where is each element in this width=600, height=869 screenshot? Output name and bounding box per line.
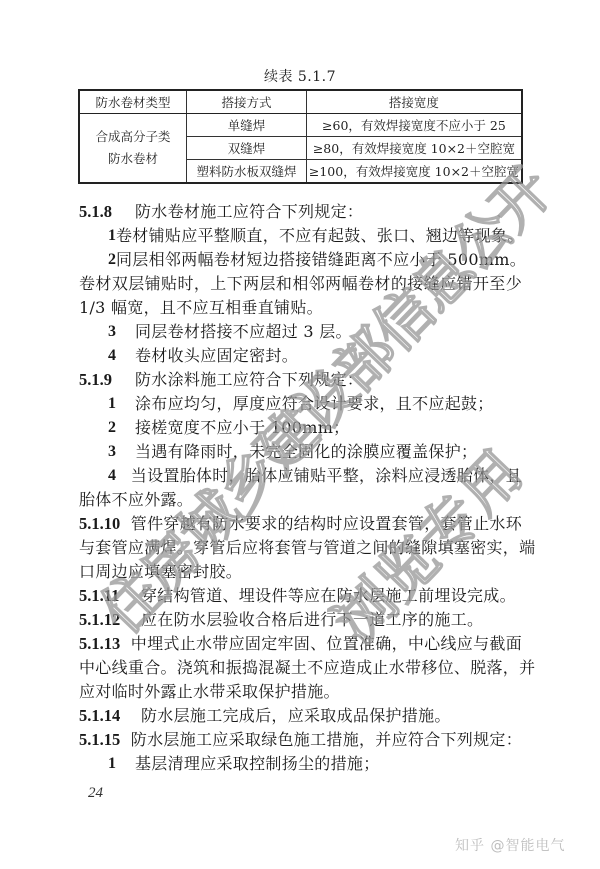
cell-width: ≥100，有效焊接宽度 10×2＋空腔宽 bbox=[306, 160, 522, 184]
line-text: 卷材收头应固定密封。 bbox=[135, 344, 298, 368]
document-page: 续表 5.1.7 防水卷材类型 搭接方式 搭接宽度 合成高分子类 防水卷材 单缝… bbox=[0, 0, 600, 869]
item-line: 4当设置胎体时，胎体应铺贴平整，涂料应浸透胎体，且 bbox=[79, 464, 522, 488]
clauses-body: 5.1.8防水卷材施工应符合下列规定：1卷材铺贴应平整顺直，不应有起鼓、张口、翘… bbox=[79, 200, 522, 776]
item-number: 2 bbox=[79, 416, 135, 440]
item-line: 3当遇有降雨时，未完全固化的涂膜应覆盖保护； bbox=[79, 440, 522, 464]
continuation-line: 胎体不应外露。 bbox=[79, 488, 522, 512]
item-number: 1 bbox=[79, 752, 135, 776]
membrane-type-line-1: 合成高分子类 bbox=[82, 126, 184, 148]
source-watermark: 知乎 @智能电气 bbox=[455, 835, 565, 855]
line-text: 防水层施工应采取绿色施工措施，并应符合下列规定： bbox=[131, 728, 522, 752]
continuation-line: 口周边应填塞密封胶。 bbox=[79, 560, 522, 584]
line-text: 防水涂料施工应符合下列规定： bbox=[135, 368, 363, 392]
line-text: 1/3 幅宽，且不应互相垂直铺贴。 bbox=[79, 296, 323, 320]
line-text: 防水卷材施工应符合下列规定： bbox=[135, 200, 363, 224]
cell-width: ≥60，有效焊接宽度不应小于 25 bbox=[306, 114, 522, 137]
clause-number: 5.1.9 bbox=[79, 368, 135, 392]
clause-number: 5.1.11 bbox=[79, 584, 141, 608]
clause-line: 5.1.11穿结构管道、埋设件等应在防水层施工前埋设完成。 bbox=[79, 584, 522, 608]
line-text: 与套管应满焊。穿管后应将套管与管道之间的缝隙填塞密实，端 bbox=[79, 538, 535, 557]
item-number: 2 bbox=[79, 248, 116, 272]
item-line: 2接槎宽度不应小于 100mm； bbox=[79, 416, 522, 440]
clause-line: 5.1.9防水涂料施工应符合下列规定： bbox=[79, 368, 522, 392]
line-text: 接槎宽度不应小于 100mm； bbox=[135, 416, 349, 440]
item-line: 4卷材收头应固定密封。 bbox=[79, 344, 522, 368]
membrane-type-line-2: 防水卷材 bbox=[82, 148, 184, 170]
item-line: 3同层卷材搭接不应超过 3 层。 bbox=[79, 320, 522, 344]
line-text: 中心线重合。浇筑和振捣混凝土不应造成止水带移位、脱落，并 bbox=[79, 658, 535, 677]
header-lap-method: 搭接方式 bbox=[187, 90, 307, 114]
clause-line: 5.1.10管件穿越有防水要求的结构时应设置套管，套管止水环 bbox=[79, 512, 522, 536]
continuation-line: 中心线重合。浇筑和振捣混凝土不应造成止水带移位、脱落，并 bbox=[79, 656, 522, 680]
cell-membrane-type: 合成高分子类 防水卷材 bbox=[79, 114, 187, 184]
line-text: 同层相邻两幅卷材短边搭接错缝距离不应小于 500mm。 bbox=[116, 248, 526, 272]
line-text: 口周边应填塞密封胶。 bbox=[79, 560, 242, 584]
line-text: 防水层施工完成后，应采取成品保护措施。 bbox=[141, 704, 451, 728]
line-text: 中埋式止水带应固定牢固、位置准确，中心线应与截面 bbox=[131, 632, 522, 656]
cell-method: 塑料防水板双缝焊 bbox=[187, 160, 307, 184]
clause-number: 5.1.14 bbox=[79, 704, 141, 728]
line-text: 涂布应均匀，厚度应符合设计要求，且不应起鼓； bbox=[135, 392, 494, 416]
item-number: 1 bbox=[79, 392, 135, 416]
continuation-line: 1/3 幅宽，且不应互相垂直铺贴。 bbox=[79, 296, 522, 320]
header-lap-width: 搭接宽度 bbox=[306, 90, 522, 114]
item-number: 4 bbox=[79, 464, 131, 488]
page-number: 24 bbox=[88, 785, 103, 802]
continuation-line: 卷材双层铺贴时，上下两层和相邻两幅卷材的接缝应错开至少 bbox=[79, 272, 522, 296]
line-text: 当遇有降雨时，未完全固化的涂膜应覆盖保护； bbox=[135, 440, 477, 464]
item-line: 1涂布应均匀，厚度应符合设计要求，且不应起鼓； bbox=[79, 392, 522, 416]
cell-method: 单缝焊 bbox=[187, 114, 307, 137]
clause-number: 5.1.15 bbox=[79, 728, 131, 752]
line-text: 胎体不应外露。 bbox=[79, 488, 193, 512]
clause-line: 5.1.14防水层施工完成后，应采取成品保护措施。 bbox=[79, 704, 522, 728]
item-line: 2同层相邻两幅卷材短边搭接错缝距离不应小于 500mm。 bbox=[79, 248, 522, 272]
item-line: 1基层清理应采取控制扬尘的措施； bbox=[79, 752, 522, 776]
lap-width-table: 防水卷材类型 搭接方式 搭接宽度 合成高分子类 防水卷材 单缝焊 ≥60，有效焊… bbox=[78, 89, 523, 184]
cell-width: ≥80，有效焊接宽度 10×2＋空腔宽 bbox=[306, 137, 522, 160]
table-header-row: 防水卷材类型 搭接方式 搭接宽度 bbox=[79, 90, 522, 114]
clause-number: 5.1.8 bbox=[79, 200, 135, 224]
item-number: 4 bbox=[79, 344, 135, 368]
clause-line: 5.1.15防水层施工应采取绿色施工措施，并应符合下列规定： bbox=[79, 728, 522, 752]
clause-line: 5.1.12应在防水层验收合格后进行下一道工序的施工。 bbox=[79, 608, 522, 632]
header-membrane-type: 防水卷材类型 bbox=[79, 90, 187, 114]
item-number: 3 bbox=[79, 320, 135, 344]
continuation-line: 与套管应满焊。穿管后应将套管与管道之间的缝隙填塞密实，端 bbox=[79, 536, 522, 560]
item-number: 1 bbox=[79, 224, 116, 248]
table-caption: 续表 5.1.7 bbox=[0, 66, 600, 86]
line-text: 同层卷材搭接不应超过 3 层。 bbox=[135, 320, 352, 344]
line-text: 基层清理应采取控制扬尘的措施； bbox=[135, 752, 380, 776]
continuation-line: 应对临时外露止水带采取保护措施。 bbox=[79, 680, 522, 704]
line-text: 应对临时外露止水带采取保护措施。 bbox=[79, 680, 340, 704]
item-line: 1卷材铺贴应平整顺直，不应有起鼓、张口、翘边等现象。 bbox=[79, 224, 522, 248]
line-text: 穿结构管道、埋设件等应在防水层施工前埋设完成。 bbox=[141, 584, 516, 608]
line-text: 应在防水层验收合格后进行下一道工序的施工。 bbox=[141, 608, 483, 632]
item-number: 3 bbox=[79, 440, 135, 464]
clause-number: 5.1.10 bbox=[79, 512, 131, 536]
clause-number: 5.1.12 bbox=[79, 608, 141, 632]
cell-method: 双缝焊 bbox=[187, 137, 307, 160]
line-text: 当设置胎体时，胎体应铺贴平整，涂料应浸透胎体，且 bbox=[131, 464, 522, 488]
clause-line: 5.1.13中埋式止水带应固定牢固、位置准确，中心线应与截面 bbox=[79, 632, 522, 656]
clause-line: 5.1.8防水卷材施工应符合下列规定： bbox=[79, 200, 522, 224]
clause-number: 5.1.13 bbox=[79, 632, 131, 656]
line-text: 卷材铺贴应平整顺直，不应有起鼓、张口、翘边等现象。 bbox=[116, 224, 524, 248]
table-row: 合成高分子类 防水卷材 单缝焊 ≥60，有效焊接宽度不应小于 25 bbox=[79, 114, 522, 137]
line-text: 卷材双层铺贴时，上下两层和相邻两幅卷材的接缝应错开至少 bbox=[79, 274, 522, 293]
line-text: 管件穿越有防水要求的结构时应设置套管，套管止水环 bbox=[131, 512, 522, 536]
